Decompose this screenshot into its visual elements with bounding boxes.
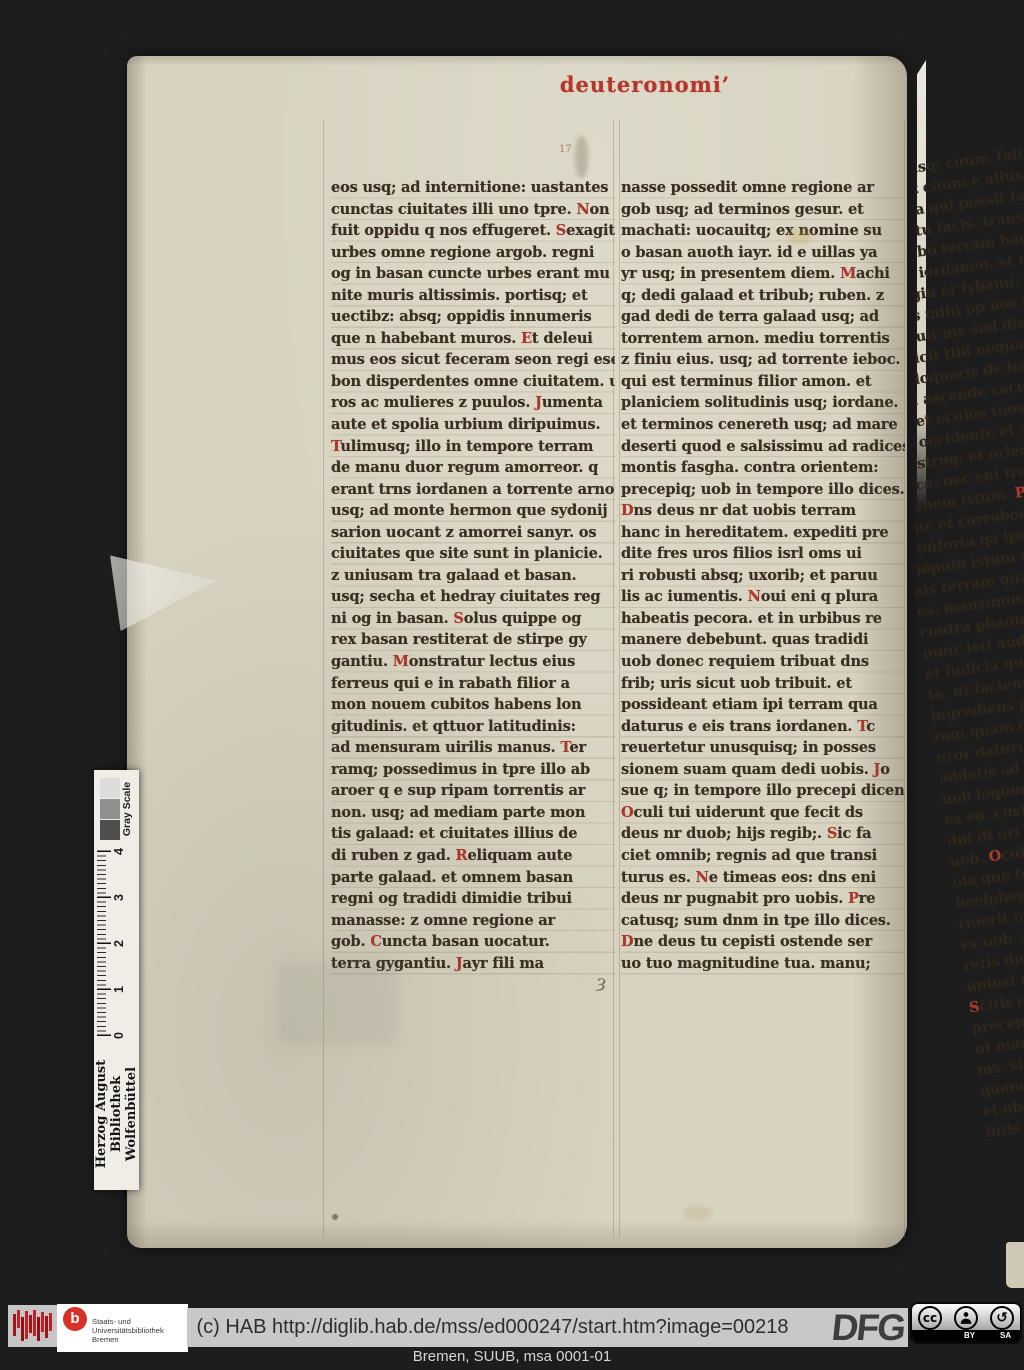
cc-by-person-icon [954, 1306, 978, 1330]
manuscript-line: gob usq; ad terminos gesur. et [621, 199, 905, 221]
manuscript-line: gitudinis. et qttuor latitudinis: [331, 716, 615, 738]
manuscript-line: eos usq; ad internitione: uastantes [331, 177, 615, 199]
manuscript-line: ramq; possedimus in tpre illo ab [331, 759, 615, 781]
ruling-line [323, 120, 324, 1238]
manuscript-line: montis fasgha. contra orientem: [621, 457, 905, 479]
manuscript-line: mus eos sicut feceram seon regi ese [331, 349, 615, 371]
manuscript-line: usq; secha et hedray ciuitates reg [331, 586, 615, 608]
manuscript-line: Tulimusq; illo in tempore terram [331, 436, 615, 458]
manuscript-line: z finiu eius. usq; ad torrente ieboc. [621, 349, 905, 371]
manuscript-line: o basan auoth iayr. id e uillas ya [621, 242, 905, 264]
gray-scale-label: Gray Scale [121, 782, 133, 836]
cc-sa-arrow-icon: ↺ [990, 1306, 1014, 1330]
ruler-number: 1 [112, 986, 126, 993]
manuscript-line: aute et spolia urbium diripuimus. [331, 414, 615, 436]
manuscript-line: manere debebunt. quas tradidi [621, 629, 905, 651]
manuscript-line: yr usq; in presentem diem. Machi [621, 263, 905, 285]
ruler-scale: 01234 [94, 846, 139, 1038]
manuscript-line: dite fres uros filios isrl oms ui [621, 543, 905, 565]
manuscript-line: sarion uocant z amorrei sanyr. os [331, 522, 615, 544]
manuscript-line: de manu duor regum amorreor. q [331, 457, 615, 479]
manuscript-line: lis ac iumentis. Noui eni q plura [621, 586, 905, 608]
manuscript-line: que n habebant muros. Et deleui [331, 328, 615, 350]
manuscript-line: Dne deus tu cepisti ostende ser [621, 931, 905, 953]
manuscript-line: possideant etiam ipi terram qua [621, 694, 905, 716]
copyright-url: (c) HAB http://diglib.hab.de/mss/ed00024… [196, 1316, 898, 1339]
ruler-number: 0 [112, 1032, 126, 1039]
manuscript-line: sue q; in tempore illo precepi dicens. [621, 780, 905, 802]
manuscript-line: ciuitates que site sunt in planicie. [331, 543, 615, 565]
suub-bars-logo [8, 1305, 57, 1347]
manuscript-line: rex basan restiterat de stirpe gy [331, 629, 615, 651]
manuscript-line: parte galaad. et omnem basan [331, 867, 615, 889]
manuscript-line: erant trns iordanen a torrente arnon. [331, 479, 615, 501]
manuscript-line: aroer q e sup ripam torrentis ar [331, 780, 615, 802]
manuscript-line: et terminos cenereth usq; ad mare [621, 414, 905, 436]
manuscript-line: og in basan cuncte urbes erant mu [331, 263, 615, 285]
manuscript-line: non. usq; ad mediam parte mon [331, 802, 615, 824]
manuscript-line: uo tuo magnitudine tua. manu; [621, 953, 905, 975]
manuscript-line: uectibz: absq; oppidis innumeris [331, 306, 615, 328]
manuscript-line: ad mensuram uirilis manus. Ter [331, 737, 615, 759]
manuscript-line: regni og tradidi dimidie tribui [331, 888, 615, 910]
manuscript-line: torrentem arnon. mediu torrentis [621, 328, 905, 350]
ruler-number: 2 [112, 940, 126, 947]
manuscript-line: Dns deus nr dat uobis terram [621, 500, 905, 522]
ruler-number: 3 [112, 894, 126, 901]
manuscript-line: turus es. Ne timeas eos: dns eni [621, 867, 905, 889]
page-block-edge [1006, 1242, 1024, 1288]
parchment-stain [682, 1206, 712, 1220]
manuscript-line: cunctas ciuitates illi uno tpre. Non [331, 199, 615, 221]
gray-scale-patch [100, 820, 120, 840]
manuscript-line: deus nr pugnabit pro uobis. Pre [621, 888, 905, 910]
cc-icon: cc [918, 1306, 942, 1330]
manuscript-line: gantiu. Monstratur lectus eius [331, 651, 615, 673]
manuscript-line: ni og in basan. Solus quippe og [331, 608, 615, 630]
manuscript-line: reuertetur unusquisq; in posses [621, 737, 905, 759]
ink-smudge [575, 136, 588, 178]
manuscript-line: daturus e eis trans iordanen. Tc [621, 716, 905, 738]
right-text-column: nasse possedit omne regione argob usq; a… [621, 177, 905, 977]
manuscript-line: urbes omne regione argob. regni [331, 242, 615, 264]
gray-scale-patch [100, 778, 120, 798]
cc-sa-label: SA [1000, 1331, 1011, 1340]
bremen-b-icon: b [63, 1307, 87, 1331]
cc-by-label: BY [964, 1331, 975, 1340]
ruling-line [619, 120, 620, 1238]
manuscript-line: gob. Cuncta basan uocatur. [331, 931, 615, 953]
cc-by-sa-badge: cc ↺ BY SA [910, 1302, 1022, 1344]
manuscript-line: bon disperdentes omne ciuitatem. ui [331, 371, 615, 393]
manuscript-page: deuteronomi’ 17 eos usq; ad internitione… [127, 56, 907, 1248]
manuscript-line: planiciem solitudinis usq; iordane. [621, 392, 905, 414]
red-bars-icon [8, 1305, 57, 1347]
next-page-text-fragments: onam usq; cuum Tali ds heal negz cuum e … [916, 132, 1024, 1143]
manuscript-line: ciet omnib; regnis ad que transi [621, 845, 905, 867]
digitized-manuscript-viewer: deuteronomi’ 17 eos usq; ad internitione… [0, 0, 1024, 1370]
manuscript-line: nasse possedit omne regione ar [621, 177, 905, 199]
manuscript-line: usq; ad monte hermon que sydonij [331, 500, 615, 522]
manuscript-line: ros ac mulieres z puulos. Jumenta [331, 392, 615, 414]
manuscript-line: ri robusti absq; uxorib; et paruu [621, 565, 905, 587]
manuscript-line: q; dedi galaad et tribub; ruben. z [621, 285, 905, 307]
manuscript-line: deserti quod e salsissimu ad radices [621, 436, 905, 458]
manuscript-line: gad dedi de terra galaad usq; ad [621, 306, 905, 328]
manuscript-line: fuit oppidu q nos effugeret. Sexagita [331, 220, 615, 242]
manuscript-line: mon nouem cubitos habens lon [331, 694, 615, 716]
manuscript-line: habeatis pecora. et in urbibus re [621, 608, 905, 630]
dfg-logo: DFG [830, 1308, 906, 1347]
ruler-number: 4 [112, 848, 126, 855]
manuscript-line: di ruben z gad. Reliquam aute [331, 845, 615, 867]
ruler-institution-label: Herzog August Bibliothek Wolfenbüttel [94, 1038, 139, 1190]
manuscript-line: ferreus qui e in rabath filior a [331, 673, 615, 695]
cc-badge-labels: BY SA [912, 1330, 1020, 1342]
next-page-edge: onam usq; cuum Tali ds heal negz cuum e … [916, 14, 1024, 1266]
grayscale-ruler: Herzog August Bibliothek Wolfenbüttel 01… [94, 770, 139, 1190]
manuscript-line: terra gygantiu. Jayr fili ma [331, 953, 615, 975]
bremen-org-name: Staats- und Universitätsbibliothek Breme… [92, 1317, 164, 1344]
shelfmark-caption: Bremen, SUUB, msa 0001-01 [0, 1348, 1024, 1365]
ruler-numbers: 01234 [112, 846, 132, 1038]
ink-dot [332, 1214, 338, 1220]
bremen-library-logo: b Staats- und Universitätsbibliothek Bre… [57, 1304, 188, 1352]
manuscript-line: frib; uris sicut uob tribuit. et [621, 673, 905, 695]
manuscript-line: tis galaad: et ciuitates illius de [331, 823, 615, 845]
manuscript-line: sionem suam quam dedi uobis. Jo [621, 759, 905, 781]
running-title: deuteronomi’ [540, 72, 750, 97]
manuscript-line: Oculi tui uiderunt que fecit ds [621, 802, 905, 824]
gray-scale-patch [100, 799, 120, 819]
gray-scale-patches: Gray Scale [100, 772, 133, 846]
manuscript-line: uob donec requiem tribuat dns [621, 651, 905, 673]
manuscript-line: z uniusam tra galaad et basan. [331, 565, 615, 587]
manuscript-line: deus nr duob; hijs regib;. Sic fa [621, 823, 905, 845]
folio-mark: 17 [559, 144, 572, 155]
manuscript-line: machati: uocauitq; ex nomine su [621, 220, 905, 242]
manuscript-line: hanc in hereditatem. expediti pre [621, 522, 905, 544]
manuscript-line: precepiq; uob in tempore illo dices. [621, 479, 905, 501]
copyright-bar: (c) HAB http://diglib.hab.de/mss/ed00024… [187, 1308, 908, 1347]
manuscript-line: catusq; sum dnm in tpe illo dices. [621, 910, 905, 932]
left-text-column: eos usq; ad internitione: uastantescunct… [331, 177, 615, 977]
manuscript-line: nite muris altissimis. portisq; et [331, 285, 615, 307]
manuscript-line: qui est terminus filior amon. et [621, 371, 905, 393]
manuscript-line: manasse: z omne regione ar [331, 910, 615, 932]
ruler-major-ticks [97, 850, 111, 1036]
